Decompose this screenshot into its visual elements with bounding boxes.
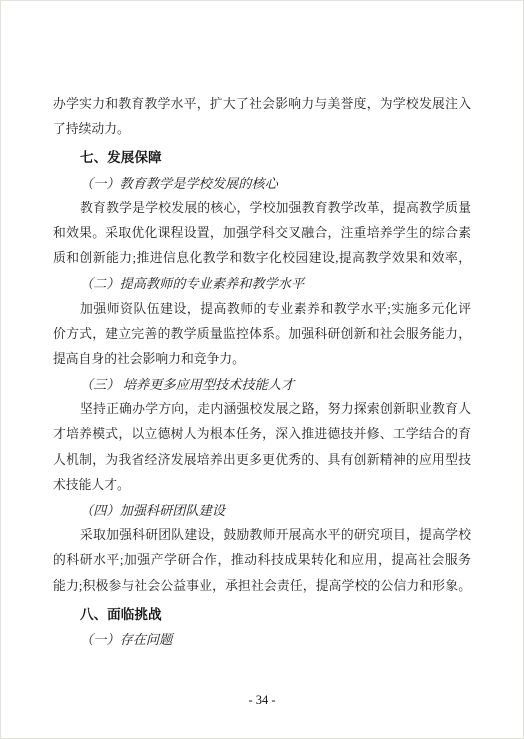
subsection-heading: （一）存在问题 [53, 627, 471, 652]
document-content: 办学实力和教育教学水平，扩大了社会影响力与美誉度，为学校发展注入了持续动力。七、… [53, 92, 471, 652]
body-line: 加强师资队伍建设，提高教师的专业素养和教学水平;实施多元化评 [53, 297, 471, 322]
body-line: 才培养模式，以立德树人为根本任务，深入推进德技并修、工学结合的育 [53, 422, 471, 447]
body-line: 和效果。采取优化课程设置，加强学科交叉融合，注重培养学生的综合素 [53, 221, 471, 246]
body-line: 采取加强科研团队建设，鼓励教师开展高水平的研究项目，提高学校 [53, 523, 471, 548]
body-line: 提高自身的社会影响力和竞争力。 [53, 347, 471, 372]
body-line: 了持续动力。 [53, 117, 471, 142]
body-line: 的科研水平;加强产学研合作，推动科技成果转化和应用，提高社会服务 [53, 548, 471, 573]
section-heading: 八、面临挑战 [53, 602, 471, 627]
body-line: 价方式，建立完善的教学质量监控体系。加强科研创新和社会服务能力， [53, 322, 471, 347]
body-line: 人机制，为我省经济发展培养出更多更优秀的、具有创新精神的应用型技 [53, 448, 471, 473]
subsection-heading: （二）提高教师的专业素养和教学水平 [53, 271, 471, 296]
body-line: 教育教学是学校发展的核心，学校加强教育教学改革，提高教学质量 [53, 196, 471, 221]
body-line: 质和创新能力;推进信息化教学和数字化校园建设,提高教学效果和效率， [53, 246, 471, 271]
body-line: 术技能人才。 [53, 473, 471, 498]
page-number: - 34 - [1, 693, 523, 708]
body-line: 办学实力和教育教学水平，扩大了社会影响力与美誉度，为学校发展注入 [53, 92, 471, 117]
subsection-heading: （一）教育教学是学校发展的核心 [53, 171, 471, 196]
subsection-heading: （三） 培养更多应用型技术技能人才 [53, 372, 471, 397]
document-page: 办学实力和教育教学水平，扩大了社会影响力与美誉度，为学校发展注入了持续动力。七、… [0, 0, 524, 739]
section-heading: 七、发展保障 [53, 145, 471, 170]
subsection-heading: （四）加强科研团队建设 [53, 498, 471, 523]
body-line: 能力;积极参与社会公益事业，承担社会责任，提高学校的公信力和形象。 [53, 574, 471, 599]
body-line: 坚持正确办学方向，走内涵强校发展之路，努力探索创新职业教育人 [53, 397, 471, 422]
